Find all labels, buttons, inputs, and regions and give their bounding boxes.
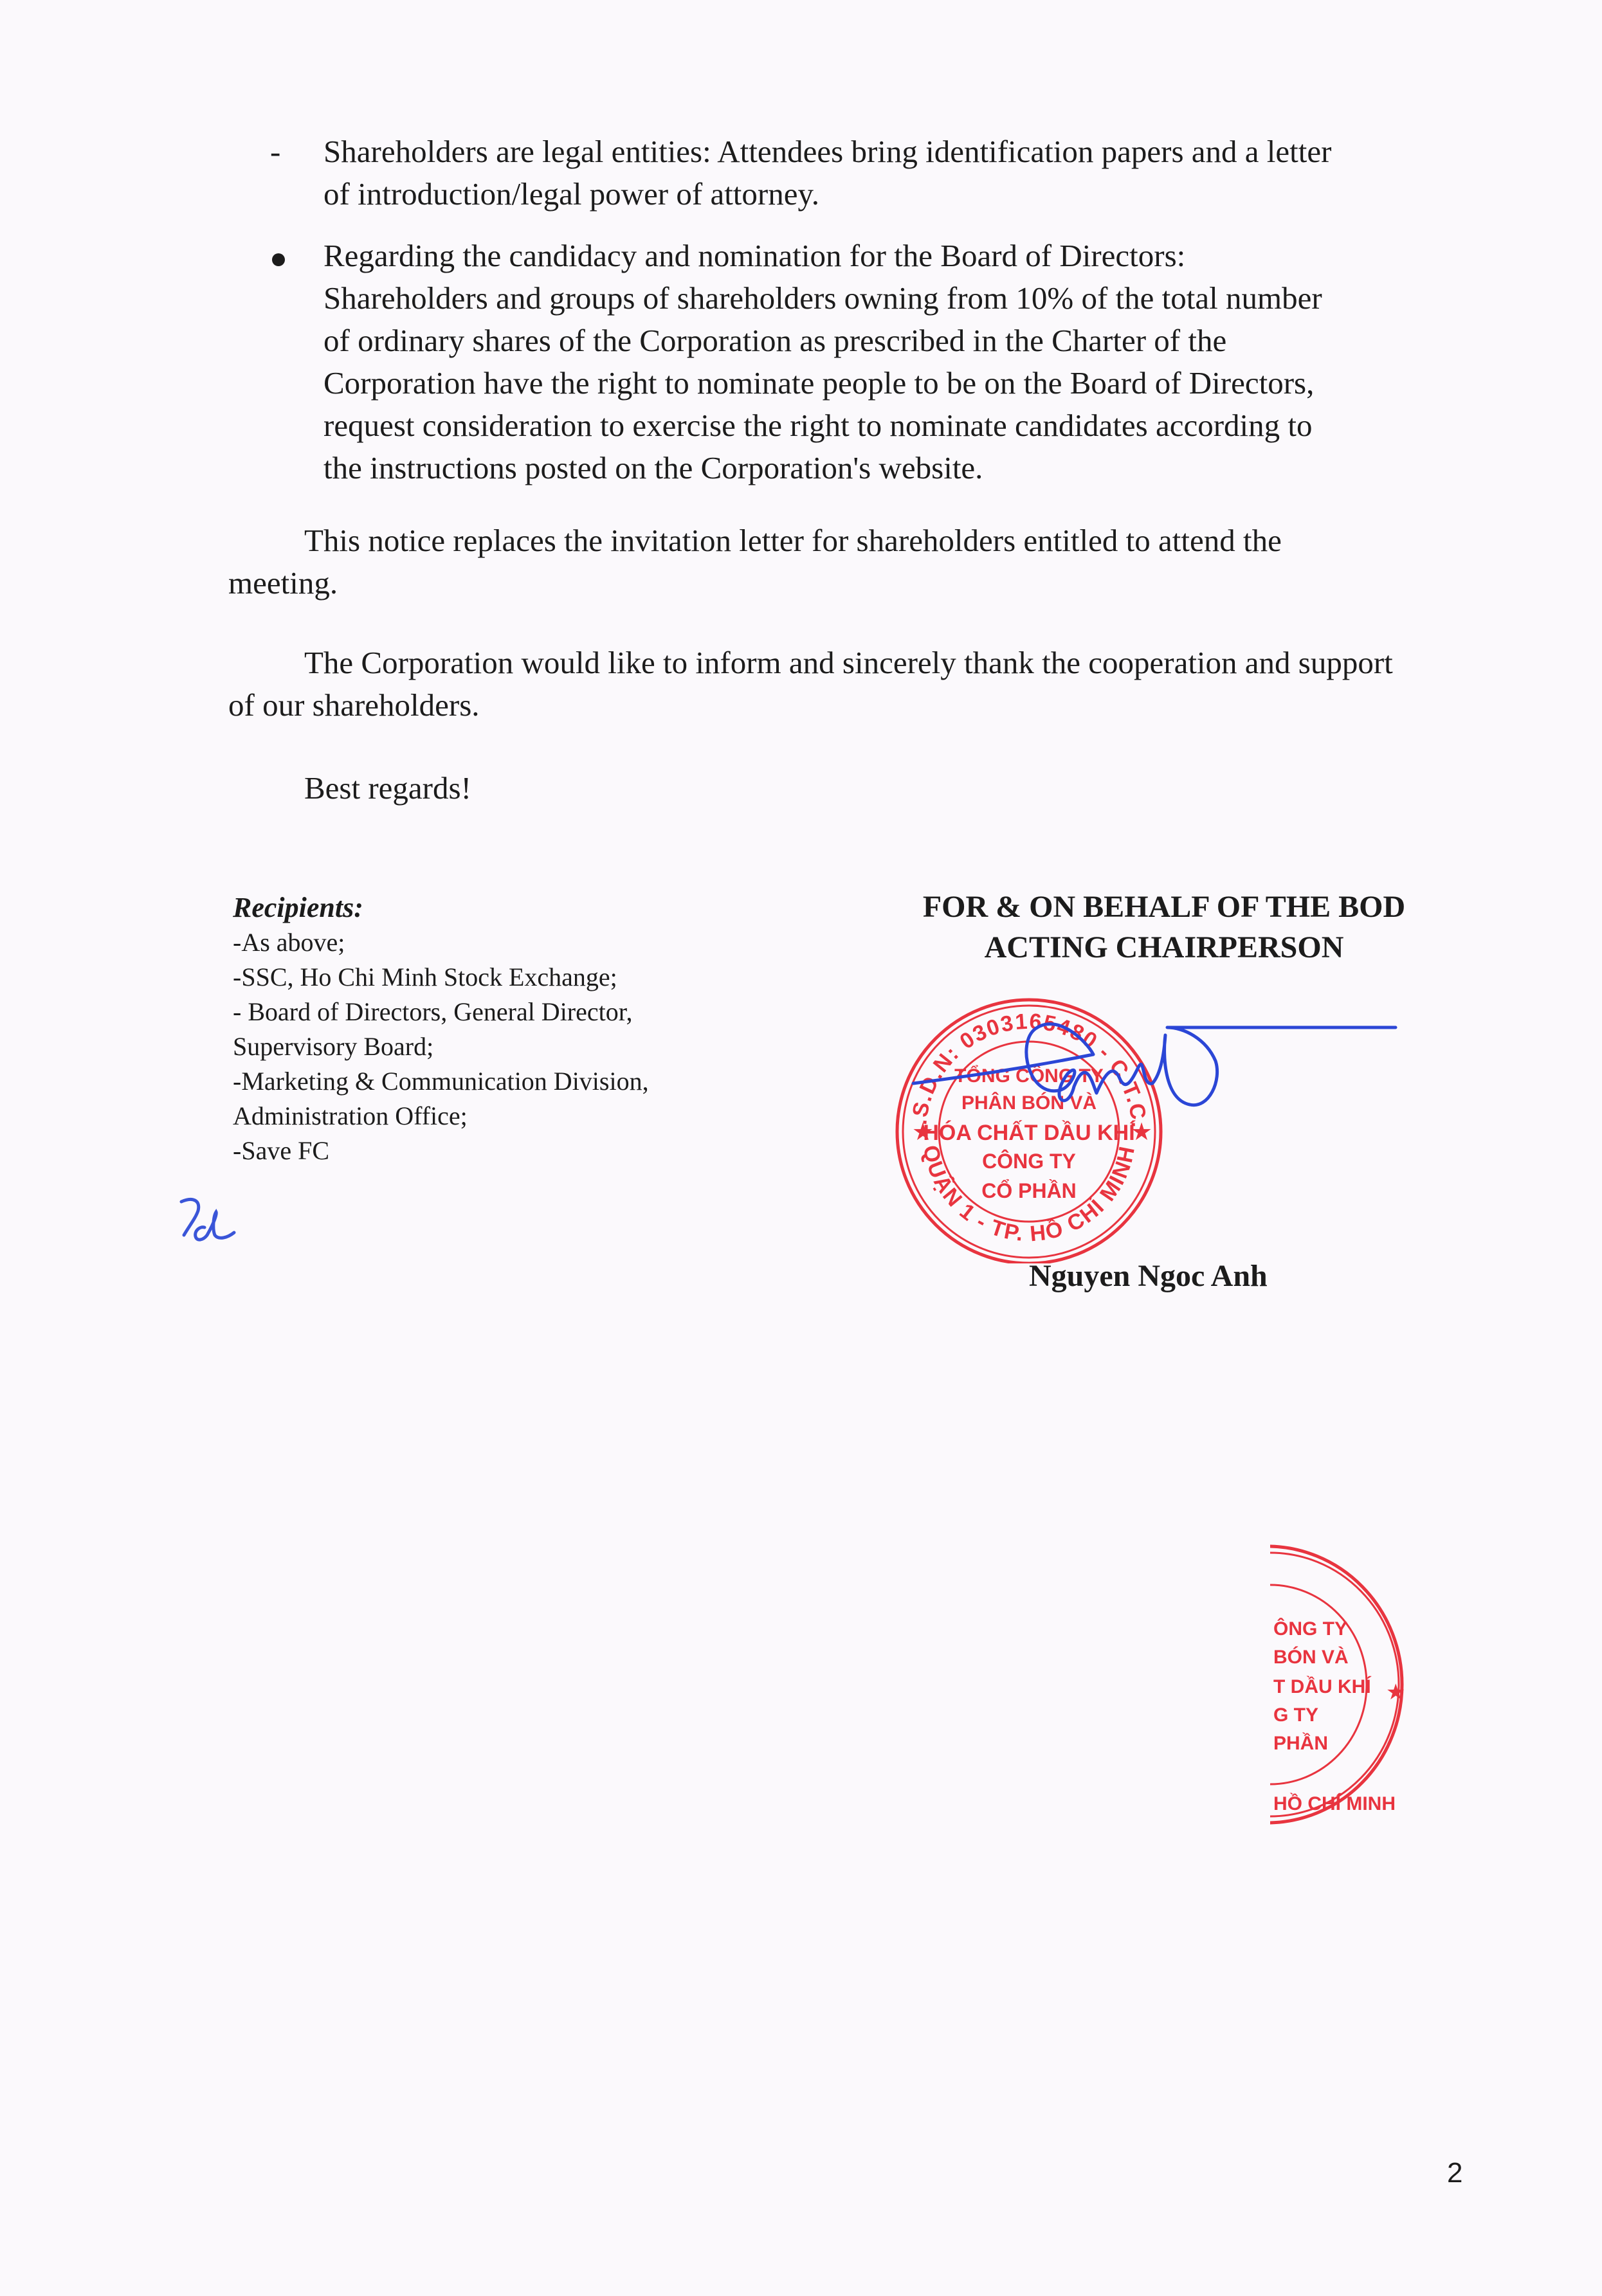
svg-text:HỒ CHÍ MINH: HỒ CHÍ MINH <box>1273 1793 1396 1814</box>
text-line: Shareholders and groups of shareholders … <box>323 277 1462 320</box>
recipient-item: -SSC, Ho Chi Minh Stock Exchange; <box>233 960 812 995</box>
recipient-item: Administration Office; <box>233 1099 812 1134</box>
partial-seal-icon: ÔNG TY BÓN VÀ T DẦU KHÍ G TY PHẦN HỒ CHÍ… <box>1270 1540 1425 1829</box>
recipients-title: Recipients: <box>233 890 812 925</box>
svg-text:CỔ PHẦN: CỔ PHẦN <box>981 1179 1077 1202</box>
recipients-block: Recipients: -As above; -SSC, Ho Chi Minh… <box>233 890 812 1168</box>
signer-name: Nguyen Ngoc Anh <box>1029 1257 1268 1296</box>
signature-heading-bod: FOR & ON BEHALF OF THE BOD <box>862 887 1466 927</box>
dash-bullet-icon: - <box>270 131 309 173</box>
text-line: request consideration to exercise the ri… <box>323 404 1462 447</box>
text-line: the instructions posted on the Corporati… <box>323 447 1462 489</box>
bullet-text: Regarding the candidacy and nomination f… <box>323 235 1462 489</box>
signature-icon <box>900 1003 1415 1132</box>
thank-you-paragraph: The Corporation would like to inform and… <box>228 642 1399 727</box>
svg-text:G TY: G TY <box>1273 1704 1318 1726</box>
text-line: of introduction/legal power of attorney. <box>323 173 1462 215</box>
closing-regards: Best regards! <box>228 767 1399 809</box>
svg-text:BÓN VÀ: BÓN VÀ <box>1273 1646 1349 1668</box>
bullet-legal-entities: - Shareholders are legal entities: Atten… <box>270 131 1453 221</box>
svg-text:★: ★ <box>1386 1680 1405 1704</box>
recipient-item: Supervisory Board; <box>233 1029 812 1064</box>
text-line: of ordinary shares of the Corporation as… <box>323 320 1462 362</box>
svg-text:PHẦN: PHẦN <box>1273 1732 1328 1754</box>
handwritten-initials-icon <box>167 1193 251 1257</box>
recipient-item: -As above; <box>233 925 812 960</box>
text-line: Regarding the candidacy and nomination f… <box>323 235 1462 277</box>
recipient-item: -Save FC <box>233 1134 812 1168</box>
recipient-item: - Board of Directors, General Director, <box>233 995 812 1029</box>
text-line: Shareholders are legal entities: Attende… <box>323 131 1462 173</box>
bullet-text: Shareholders are legal entities: Attende… <box>323 131 1462 215</box>
notice-replacement-paragraph: This notice replaces the invitation lett… <box>228 520 1399 604</box>
signature-heading-title: ACTING CHAIRPERSON <box>862 928 1466 968</box>
text-line: Corporation have the right to nominate p… <box>323 362 1462 404</box>
bullet-board-nomination: Regarding the candidacy and nomination f… <box>270 235 1453 492</box>
svg-text:CÔNG TY: CÔNG TY <box>982 1150 1076 1173</box>
svg-text:T DẦU KHÍ: T DẦU KHÍ <box>1273 1676 1371 1697</box>
svg-text:ÔNG TY: ÔNG TY <box>1273 1618 1347 1640</box>
recipient-item: -Marketing & Communication Division, <box>233 1064 812 1099</box>
page-number: 2 <box>1447 2157 1462 2189</box>
dot-bullet-icon <box>270 235 309 277</box>
